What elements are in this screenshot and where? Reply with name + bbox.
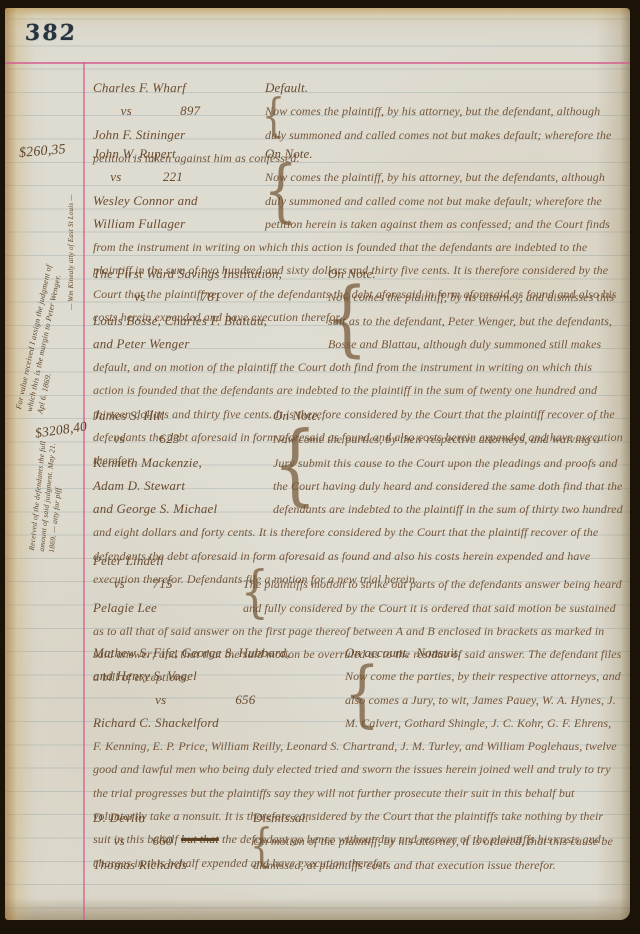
brace-glyph: { xyxy=(262,92,285,138)
case-parties: Mathew S. Fife, George S. Hubbard, and H… xyxy=(93,641,345,734)
party-line: D. Devlin xyxy=(93,806,253,829)
brace-glyph: { xyxy=(326,278,368,360)
pink-margin-rule xyxy=(83,62,85,920)
vs-line: vs 781 xyxy=(93,285,328,308)
margin-note-assignment: For value received I assign the judgment… xyxy=(13,261,76,415)
vs-line: vs 623 xyxy=(93,427,273,450)
entry-body: On motion of the plaintiff, by his attor… xyxy=(253,834,613,871)
party-line: James S. Hill xyxy=(93,404,273,427)
party-line: Peter Lindell xyxy=(93,549,243,572)
vs-line: vs 715 xyxy=(93,572,243,595)
vs-line: vs 221 xyxy=(93,165,265,188)
brace-glyph: { xyxy=(263,158,298,226)
party-line: and Peter Wenger xyxy=(93,332,328,355)
case-parties: John W. Rupert vs 221 Wesley Connor and … xyxy=(93,142,265,235)
case-parties: Charles F. Wharf vs 897 John F. Stininge… xyxy=(93,76,265,146)
vs-line: vs 656 xyxy=(93,688,345,711)
case-parties: Peter Lindell vs 715 Pelagie Lee xyxy=(93,549,243,619)
party-line: and Henry S. Vogel xyxy=(93,664,345,687)
party-line: Mathew S. Fife, George S. Hubbard, xyxy=(93,641,345,664)
case-parties: James S. Hill vs 623 Kenneth Mackenzie, … xyxy=(93,404,273,520)
case-parties: D. Devlin vs 660 Thomas Richards xyxy=(93,806,253,876)
party-line: The First Ward Savings Institution, xyxy=(93,262,328,285)
party-line: Charles F. Wharf xyxy=(93,76,265,99)
party-line: Louis Bosse, Charles F. Blattau, xyxy=(93,309,328,332)
brace-glyph: { xyxy=(250,822,273,868)
margin-note-satisfaction: Received of the defendants the full amou… xyxy=(27,433,69,553)
party-line: Pelagie Lee xyxy=(93,596,243,619)
party-line: Thomas Richards xyxy=(93,853,253,876)
party-line: Kenneth Mackenzie, xyxy=(93,451,273,474)
brace-glyph: { xyxy=(344,657,381,729)
brace-glyph: { xyxy=(273,420,318,508)
vs-line: vs 660 xyxy=(93,829,253,852)
pink-horizontal-rule xyxy=(5,62,630,64)
ledger-entry-devlin-v-richards: D. Devlin vs 660 Thomas Richards { Dismi… xyxy=(93,806,623,877)
party-line: Richard C. Shackelford xyxy=(93,711,345,734)
party-line: William Fullager xyxy=(93,212,265,235)
case-parties: The First Ward Savings Institution, vs 7… xyxy=(93,262,328,355)
party-line: Wesley Connor and xyxy=(93,189,265,212)
party-line: and George S. Michael xyxy=(93,497,273,520)
margin-amount-rupert: $260,35 xyxy=(18,142,66,162)
ledger-page: 382 $260,35 — Wm Kinealy atty of East St… xyxy=(5,8,630,920)
party-line: Adam D. Stewart xyxy=(93,474,273,497)
page-number: 382 xyxy=(24,20,77,46)
brace-glyph: { xyxy=(241,565,270,621)
vs-line: vs 897 xyxy=(93,99,265,122)
party-line: John W. Rupert xyxy=(93,142,265,165)
